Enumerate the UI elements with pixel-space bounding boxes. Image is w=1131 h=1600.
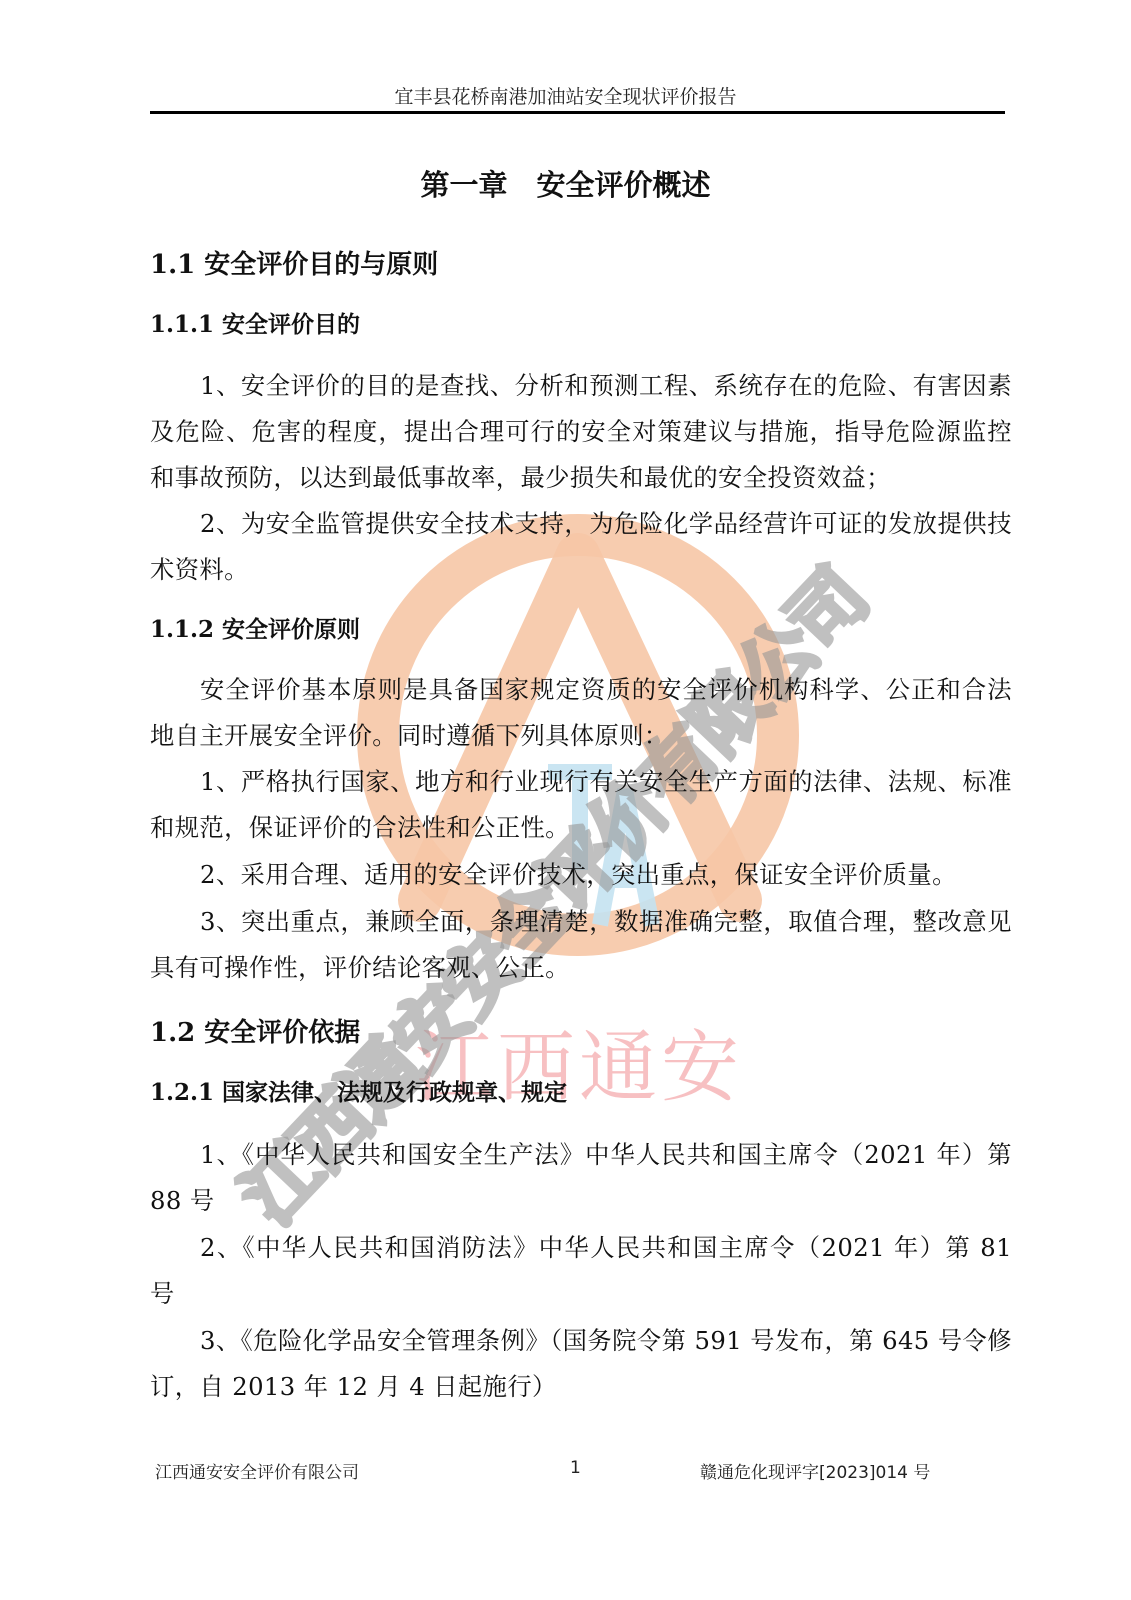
paragraph: 1、严格执行国家、地方和行业现行有关安全生产方面的法律、法规、标准和规范，保证评… bbox=[150, 759, 1012, 851]
header-rule bbox=[150, 111, 1005, 114]
running-header: 宜丰县花桥南港加油站安全现状评价报告 bbox=[0, 82, 1131, 109]
section-heading-1-1: 1.1 安全评价目的与原则 bbox=[150, 244, 438, 281]
paragraph: 2、为安全监管提供安全技术支持，为危险化学品经营许可证的发放提供技术资料。 bbox=[150, 501, 1012, 593]
footer-company: 江西通安安全评价有限公司 bbox=[155, 1458, 359, 1483]
paragraph: 3、突出重点，兼顾全面，条理清楚，数据准确完整，取值合理，整改意见具有可操作性，… bbox=[150, 899, 1012, 991]
list-item: 2、《中华人民共和国消防法》中华人民共和国主席令（2021 年）第 81 号 bbox=[150, 1225, 1012, 1317]
section-heading-1-2-1: 1.2.1 国家法律、法规及行政规章、规定 bbox=[150, 1074, 567, 1107]
paragraph: 安全评价基本原则是具备国家规定资质的安全评价机构科学、公正和合法地自主开展安全评… bbox=[150, 667, 1012, 759]
list-item: 3、《危险化学品安全管理条例》（国务院令第 591 号发布，第 645 号令修订… bbox=[150, 1318, 1012, 1410]
page-number: 1 bbox=[570, 1458, 581, 1478]
footer-doc-number: 赣通危化现评字[2023]014 号 bbox=[700, 1458, 930, 1483]
section-heading-1-1-2: 1.1.2 安全评价原则 bbox=[150, 611, 360, 644]
section-heading-1-2: 1.2 安全评价依据 bbox=[150, 1012, 360, 1049]
section-heading-1-1-1: 1.1.1 安全评价目的 bbox=[150, 306, 360, 339]
paragraph: 2、采用合理、适用的安全评价技术，突出重点，保证安全评价质量。 bbox=[150, 852, 1012, 898]
document-page: 宜丰县花桥南港加油站安全现状评价报告 第一章 安全评价概述 1.1 安全评价目的… bbox=[0, 0, 1131, 1600]
list-item: 1、《中华人民共和国安全生产法》中华人民共和国主席令（2021 年）第 88 号 bbox=[150, 1132, 1012, 1224]
chapter-title: 第一章 安全评价概述 bbox=[0, 163, 1131, 204]
paragraph: 1、安全评价的目的是查找、分析和预测工程、系统存在的危险、有害因素及危险、危害的… bbox=[150, 363, 1012, 501]
